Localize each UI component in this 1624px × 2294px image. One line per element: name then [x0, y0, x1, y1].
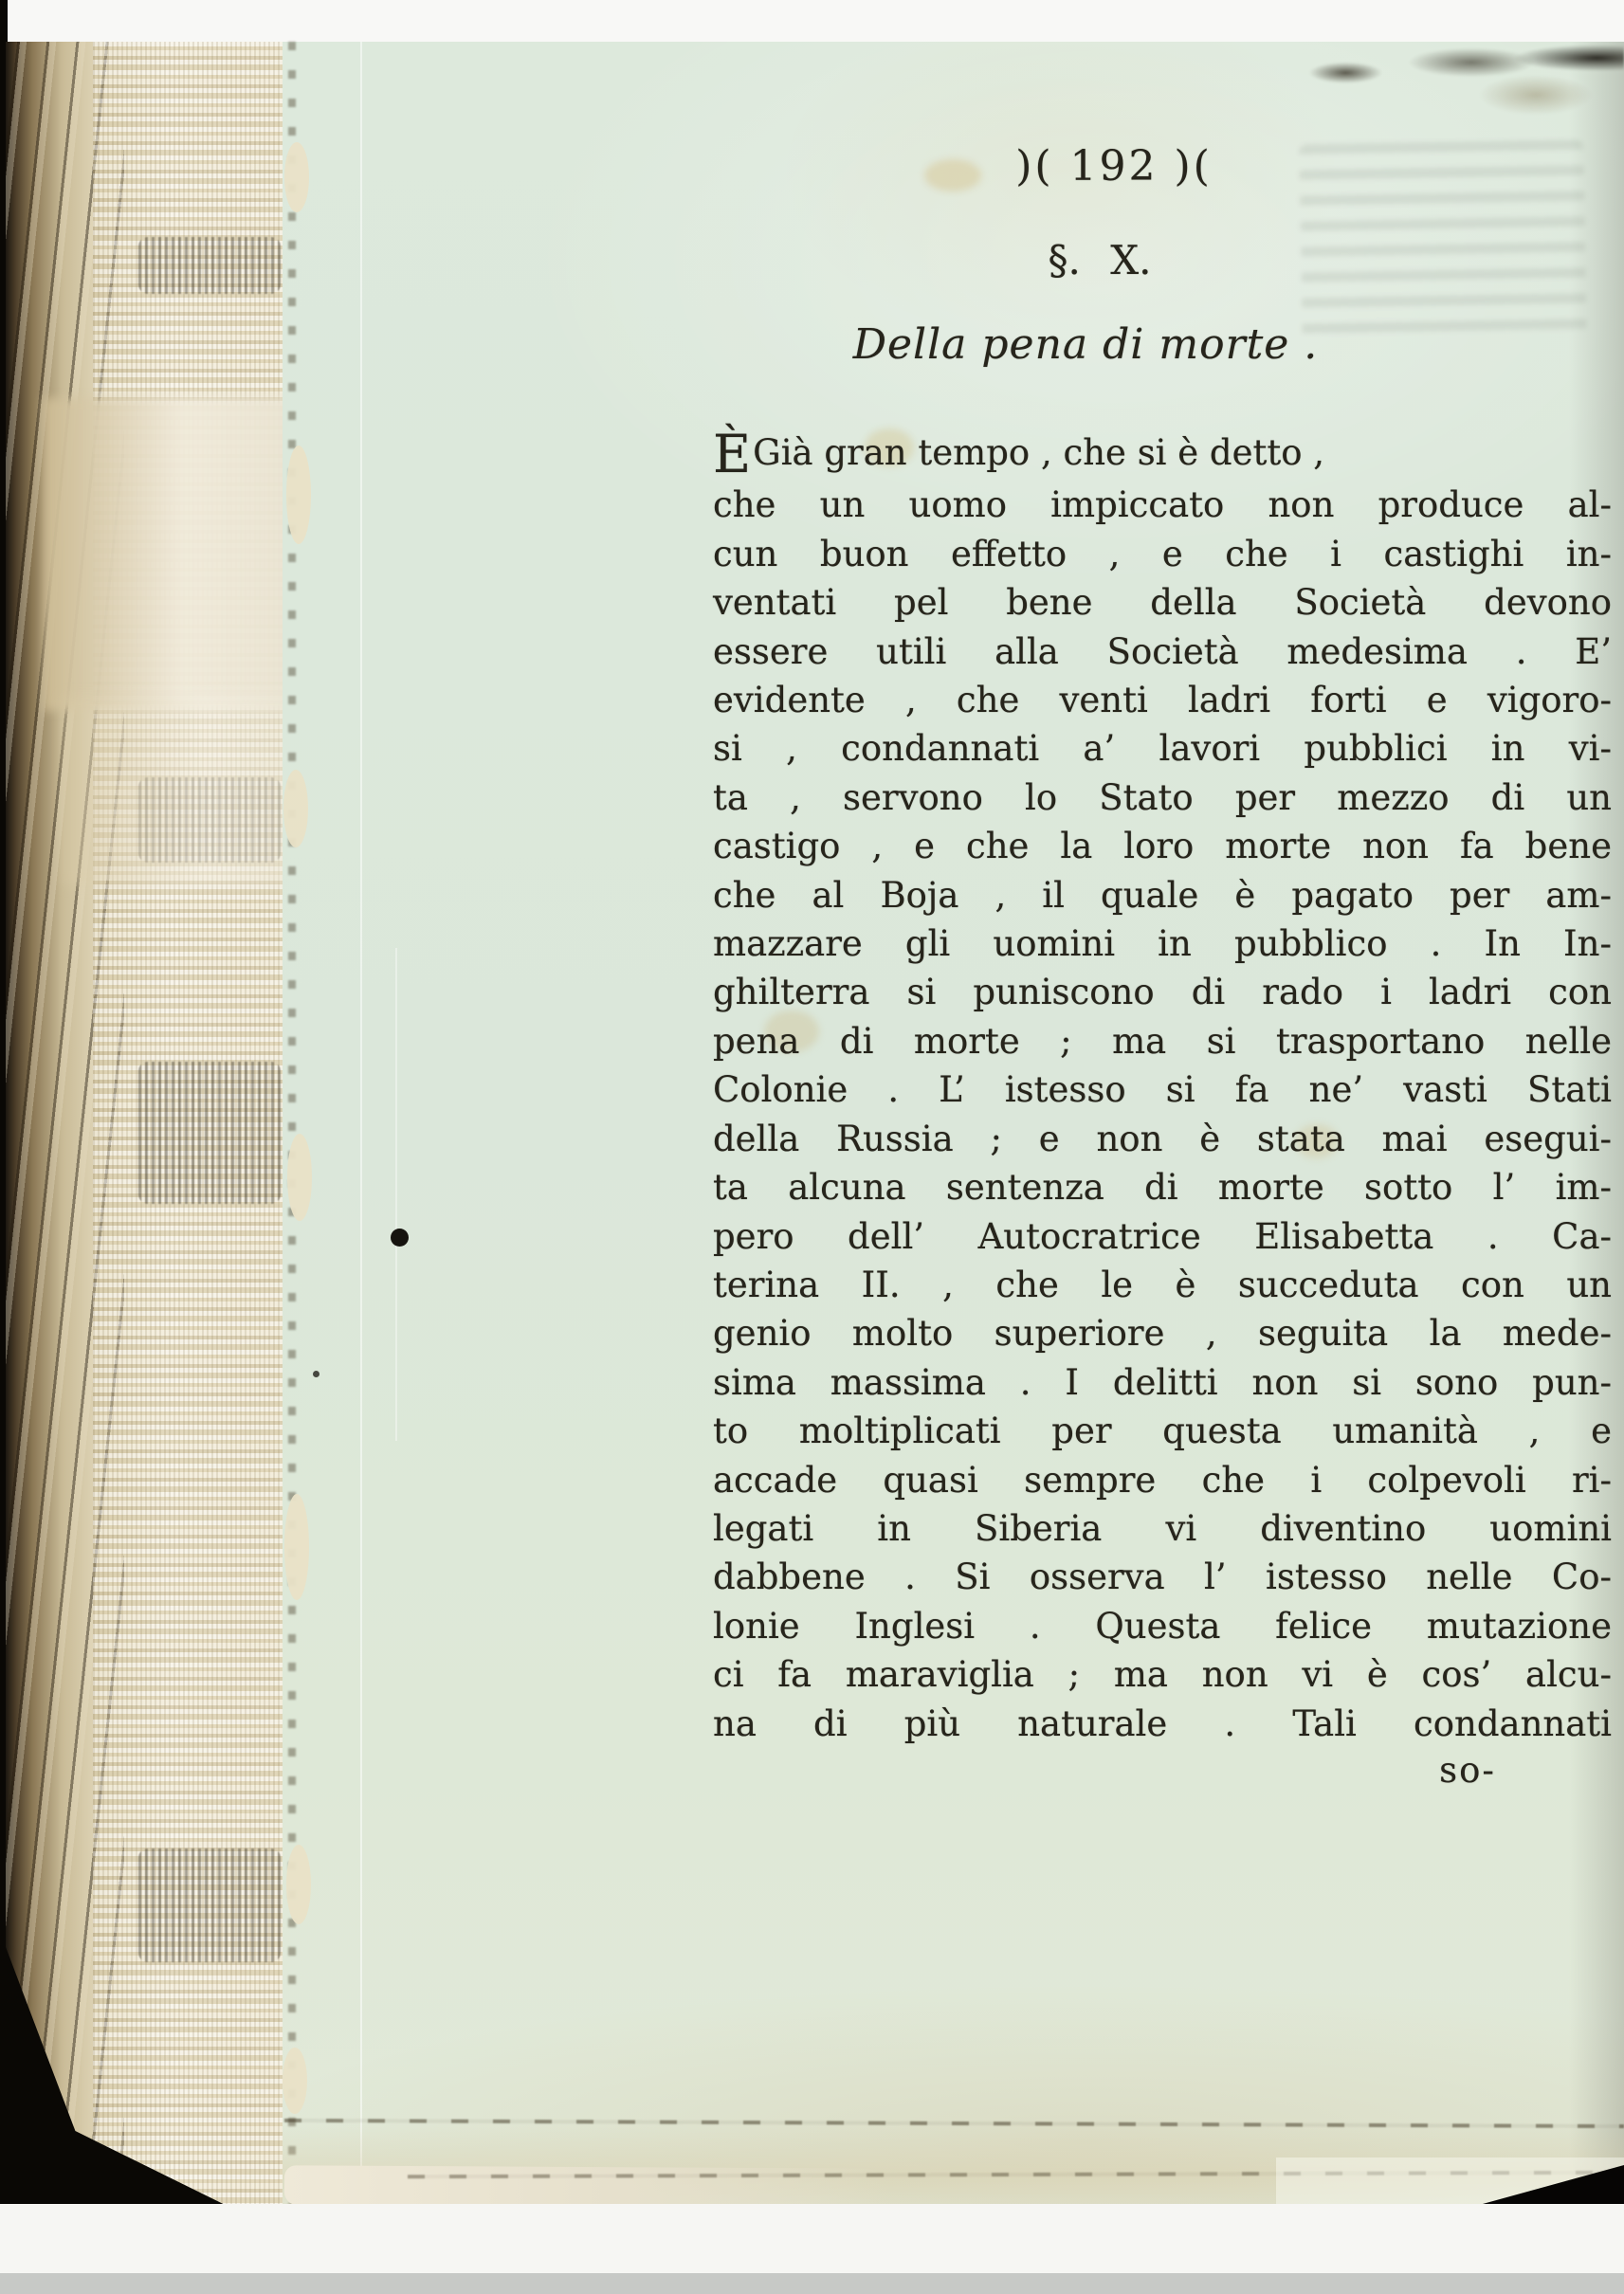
text-line: legati in Siberia vi diventino uomini: [713, 1504, 1612, 1553]
text-line: ta alcuna sentenza di morte sotto l’ im-: [713, 1163, 1612, 1211]
text-line: castigo , e che la loro morte non fa ben…: [713, 822, 1612, 870]
fore-edge-blur-zone: [44, 398, 296, 711]
text-line: Colonie . L’ istesso si fa ne’ vasti Sta…: [713, 1065, 1612, 1114]
text-line: to moltiplicati per questa umanità , e: [713, 1407, 1612, 1455]
fore-edge-blur-zone: [63, 696, 296, 885]
text-line: che al Boja , il quale è pagato per am-: [713, 871, 1612, 919]
text-line: pena di morte ; ma si trasportano nelle: [713, 1017, 1612, 1065]
text-line: na di più naturale . Tali condannati: [713, 1700, 1612, 1748]
text-line: della Russia ; e non è stata mai esegui-: [713, 1115, 1612, 1163]
deckle-bump: [283, 2048, 307, 2114]
drop-cap: È: [713, 424, 753, 484]
fore-edge-dark-cluster: [138, 1848, 281, 1962]
ink-speck: [313, 1371, 319, 1377]
fore-edge-dark-cluster: [138, 237, 281, 294]
scan-line-artifact: [395, 948, 397, 1441]
deckle-bump: [287, 1134, 312, 1221]
text-line: mazzare gli uomini in pubblico . In In-: [713, 919, 1612, 968]
text-line: lonie Inglesi . Questa felice mutazione: [713, 1602, 1612, 1650]
verso-bleed-through: [1299, 139, 1587, 343]
text-line: essere utili alla Società medesima . E’: [713, 628, 1612, 676]
book-fore-edge-stack: [6, 42, 296, 2207]
text-line: evidente , che venti ladri forti e vigor…: [713, 676, 1612, 724]
text-line: cun buon effetto , e che i castighi in-: [713, 530, 1612, 578]
text-line: si , condannati a’ lavori pubblici in vi…: [713, 724, 1612, 773]
text-line: sima massima . I delitti non si sono pun…: [713, 1358, 1612, 1407]
text-line: È Già gran tempo , che si è detto ,: [713, 428, 1612, 481]
page-number: )( 192 )(: [910, 142, 1318, 191]
deckle-bump: [284, 142, 309, 212]
text-line: terina II. , che le è succeduta con un: [713, 1261, 1612, 1309]
text-line: ventati pel bene della Società devono: [713, 578, 1612, 627]
scanner-bed-strip-top: [8, 0, 1624, 43]
deckle-bump: [283, 770, 308, 847]
chapter-title: Della pena di morte .: [801, 320, 1370, 369]
text-line: ta , servono lo Stato per mezzo di un: [713, 774, 1612, 822]
fore-edge-dark-cluster: [138, 1062, 281, 1204]
top-edge-smudge: [1285, 42, 1624, 116]
text-line: pero dell’ Autocratrice Elisabetta . Ca-: [713, 1212, 1612, 1261]
scanner-bed-strip-bottom: [0, 2204, 1624, 2273]
text-line-rest: Già gran tempo , che si è detto ,: [753, 428, 1324, 477]
text-line: ci fa maraviglia ; ma non vi è cos’ alcu…: [713, 1650, 1612, 1699]
catchword: so-: [1373, 1750, 1562, 1791]
text-line: che un uomo impiccato non produce al-: [713, 481, 1612, 529]
text-line: dabbene . Si osserva l’ istesso nelle Co…: [713, 1553, 1612, 1601]
section-heading: §. X.: [910, 237, 1289, 283]
body-text: È Già gran tempo , che si è detto , che …: [713, 428, 1612, 1748]
bottom-paper-flap: [284, 2165, 891, 2208]
text-line: ghilterra si puniscono di rado i ladri c…: [713, 968, 1612, 1016]
deckle-bump: [286, 1845, 311, 1924]
scanned-book-page: )( 192 )( §. X. Della pena di morte . È …: [0, 0, 1624, 2294]
ink-speck: [391, 1229, 409, 1247]
scanner-bed-strip-bottom-gray: [0, 2273, 1624, 2294]
deckle-bump: [286, 446, 311, 544]
text-line: genio molto superiore , seguita la mede-: [713, 1309, 1612, 1357]
text-line: accade quasi sempre che i colpevoli ri-: [713, 1456, 1612, 1504]
scan-line-artifact: [360, 42, 362, 2207]
deckle-bump: [284, 1494, 309, 1600]
